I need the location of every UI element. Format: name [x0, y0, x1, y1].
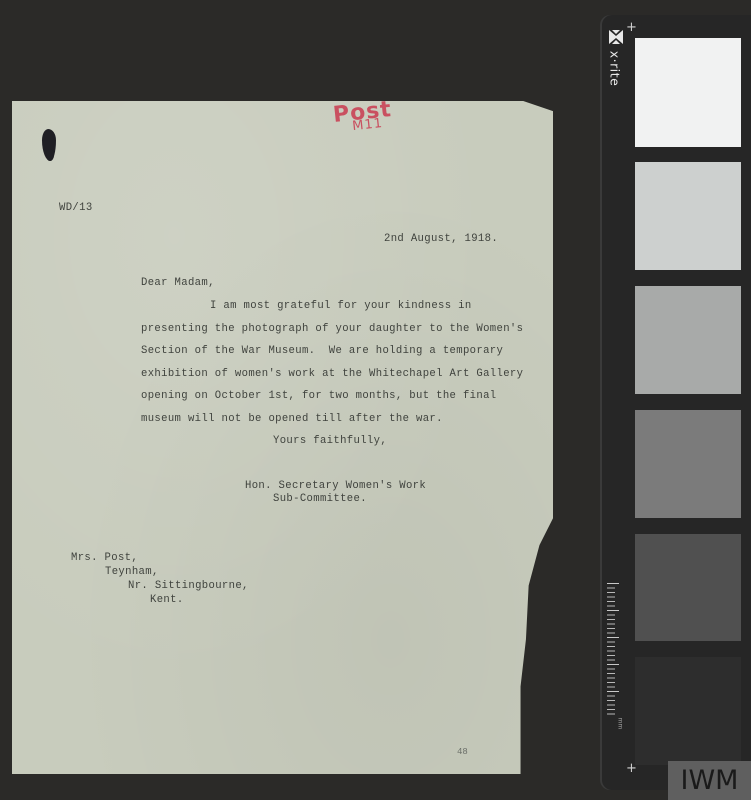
body-line: exhibition of women's work at the Whitec…: [141, 369, 523, 380]
gray-patch-1: [635, 38, 741, 147]
ruler-unit-label: mm: [616, 718, 623, 730]
salutation: Dear Madam,: [141, 278, 215, 289]
xrite-brand: x·rite: [604, 30, 628, 90]
signature-line: Hon. Secretary Women's Work: [245, 481, 426, 492]
gray-patch-6: [635, 657, 741, 765]
mm-ruler: [607, 583, 619, 718]
reference-code: WD/13: [59, 203, 93, 214]
address-line: Nr. Sittingbourne,: [128, 581, 249, 592]
gray-patch-4: [635, 410, 741, 518]
gray-patch-3: [635, 286, 741, 394]
body-line: Section of the War Museum. We are holdin…: [141, 346, 503, 357]
address-line: Teynham,: [105, 567, 159, 578]
signature-line: Sub-Committee.: [273, 494, 367, 505]
xrite-logo-icon: [609, 30, 623, 44]
body-line: presenting the photograph of your daught…: [141, 324, 523, 335]
gray-patch-2: [635, 162, 741, 270]
address-line: Kent.: [150, 595, 184, 606]
address-line: Mrs. Post,: [71, 553, 138, 564]
stamp-sub-text: M11: [352, 116, 384, 134]
body-line: I am most grateful for your kindness in: [210, 301, 472, 312]
body-line: opening on October 1st, for two months, …: [141, 391, 497, 402]
iwm-watermark-logo: IWM: [668, 761, 751, 800]
registration-cross-icon: +: [626, 21, 637, 34]
ink-blot-mark: [42, 129, 56, 161]
letter-date: 2nd August, 1918.: [384, 234, 498, 245]
closing: Yours faithfully,: [273, 436, 387, 447]
page-number: 48: [457, 747, 468, 757]
gray-patch-5: [635, 534, 741, 641]
body-line: museum will not be opened till after the…: [141, 414, 443, 425]
xrite-brand-text: x·rite: [607, 51, 622, 87]
